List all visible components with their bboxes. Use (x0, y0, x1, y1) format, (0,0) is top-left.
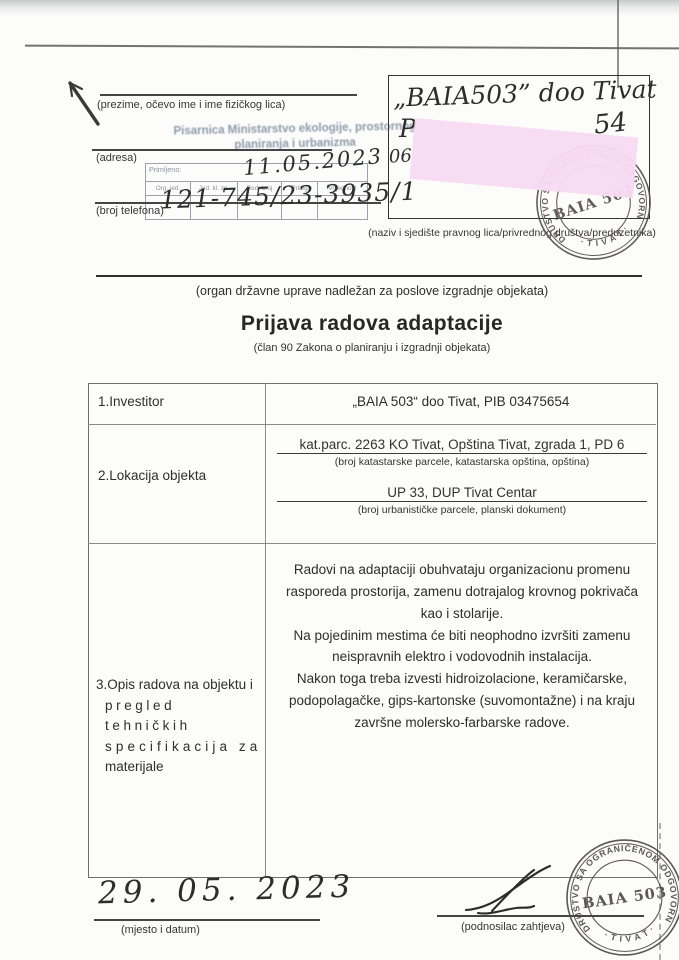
table-column-divider (265, 383, 266, 876)
table-row-divider-2 (88, 543, 656, 544)
row2-plan-caption: (broj urbanističke parcele, planski doku… (277, 504, 647, 516)
row3-label: 3.Opis radova na objektu i pregled tehni… (96, 675, 266, 778)
organ-caption: (organ državne uprave nadležan za poslov… (88, 284, 656, 298)
page-title: Prijava radova adaptacije (88, 312, 656, 336)
row3-label-line1: 3.Opis radova na objektu i (96, 675, 266, 696)
page-subtitle: (član 90 Zakona o planiranju i izgradnji… (88, 342, 656, 354)
row3-description: Radovi na adaptaciji obuhvataju organiza… (277, 559, 647, 734)
row1-label: 1.Investitor (98, 394, 164, 409)
prezime-caption: (prezime, očevo ime i ime fizičkog lica) (97, 99, 285, 111)
adresa-field-line (92, 149, 332, 151)
row3-paragraph-3: Nakon toga treba izvesti hidroizolacione… (277, 668, 647, 734)
table-row-divider-1 (88, 424, 656, 425)
primljeno-label: Primljeno: (146, 164, 181, 181)
row2-value-block: kat.parc. 2263 KO Tivat, Opština Tivat, … (277, 437, 647, 516)
row3-paragraph-1: Radovi na adaptaciji obuhvataju organiza… (277, 559, 647, 625)
svg-text:· T I V A T ·: · T I V A T · (602, 923, 658, 947)
footer-signer-caption: (podnosilac zahtjeva) (461, 921, 565, 933)
footer-date-line (94, 919, 320, 921)
company-round-stamp-bottom: DRUŠTVO SA OGRANIČENOM ODGOVORNOŠĆU · T … (556, 829, 679, 960)
handwritten-line3-prefix: 06 (388, 145, 412, 167)
row3-label-line4: materijale (96, 757, 266, 778)
row3-label-line3: specifikacija za (96, 737, 266, 758)
row2-location-caption: (broj katastarske parcele, katastarska o… (277, 456, 647, 468)
row2-location-value: kat.parc. 2263 KO Tivat, Opština Tivat, … (277, 437, 647, 454)
prezime-field-line (100, 94, 357, 96)
row3-paragraph-2: Na pojedinim mestima će biti neophodno i… (277, 625, 647, 669)
footer-date-caption: (mjesto i datum) (121, 924, 200, 936)
telefon-caption: (broj telefona) (96, 205, 164, 217)
scan-artifact-line (25, 45, 679, 49)
row3-label-line2: pregled tehničkih (96, 696, 266, 737)
scanned-document-page: (prezime, očevo ime i ime fizičkog lica)… (0, 0, 679, 960)
handwritten-footer-date: 29. 05. 2023 (98, 869, 356, 912)
row2-label: 2.Lokacija objekta (98, 468, 206, 483)
row2-plan-value: UP 33, DUP Tivat Centar (277, 485, 647, 502)
row1-value: „BAIA 503“ doo Tivat, PIB 03475654 (270, 394, 652, 409)
stamp-center-text: BAIA 503 (581, 884, 668, 913)
stamp-ring-bottom-text: · T I V A T · (602, 923, 658, 947)
adresa-caption: (adresa) (96, 152, 137, 164)
